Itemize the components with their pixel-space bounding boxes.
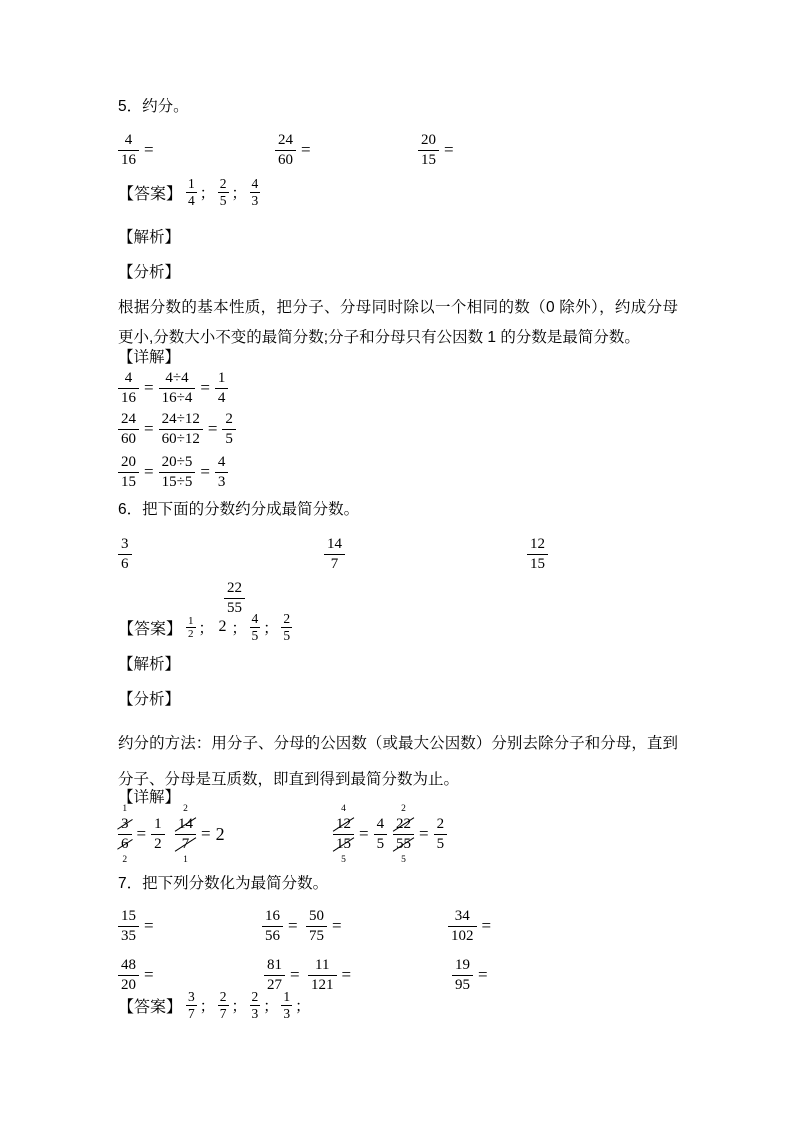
equals-sign: =	[359, 824, 369, 844]
fraction: 2255	[393, 815, 414, 854]
problem-item: 2015 =	[418, 126, 459, 174]
separator: ；	[295, 995, 310, 1016]
question-5-title: 5．约分。	[118, 96, 189, 118]
equals-sign: =	[200, 462, 210, 482]
solution-step: 2015 = 20÷515÷5 = 43	[118, 451, 228, 493]
equals-sign: =	[444, 140, 454, 160]
separator: ；	[200, 995, 215, 1016]
cancel-equation: 2 147 1 = 2	[175, 806, 225, 862]
answer-fraction: 23	[250, 989, 261, 1022]
answer-fraction: 45	[250, 611, 261, 644]
worksheet-page: 5．约分。 416 = 2460 = 2015 = 【答案】 14 ； 25 ；…	[0, 0, 793, 1122]
question-7-answer: 【答案】 37 ； 27 ； 23 ； 13 ；	[118, 983, 313, 1027]
result-fraction: 25	[434, 815, 448, 854]
solution-step: 416 = 4÷416÷4 = 14	[118, 367, 228, 409]
equals-sign: =	[332, 916, 342, 936]
answer-fraction: 12	[186, 615, 196, 640]
equals-sign: =	[144, 462, 154, 482]
question-7-problems-row1: 1535 = 1656 = 5075 = 34102 =	[0, 903, 793, 949]
separator: ；	[199, 617, 214, 638]
cancel-sub-digit: 5	[401, 855, 406, 865]
fraction: 20÷515÷5	[159, 453, 196, 492]
equals-sign: =	[201, 824, 211, 844]
fraction: 34102	[448, 907, 477, 946]
fraction: 416	[118, 369, 139, 408]
problem-item: 11121 =	[308, 952, 356, 998]
fraction: 416	[118, 131, 139, 170]
cancel-sup-digit: 1	[122, 804, 127, 814]
fraction: 14	[215, 369, 229, 408]
fraction: 5075	[306, 907, 327, 946]
fraction: 24÷1260÷12	[159, 410, 203, 449]
cancelled-fraction: 2 147 1	[175, 804, 196, 865]
question-5-problems: 416 = 2460 = 2015 =	[0, 126, 793, 174]
equals-sign: =	[290, 965, 300, 985]
cancel-equation: 2 2255 5 = 25	[393, 806, 447, 862]
fenxi-label: 【分析】	[118, 689, 180, 711]
cancel-sup-digit: 2	[401, 804, 406, 814]
answer-label: 【答案】	[118, 616, 182, 639]
cancel-sup-digit: 2	[183, 804, 188, 814]
separator: ；	[232, 995, 247, 1016]
answer-fraction: 43	[250, 176, 261, 209]
separator: ；	[232, 617, 247, 638]
equals-sign: =	[208, 419, 218, 439]
problem-item: 1656 =	[262, 903, 303, 949]
fraction: 1656	[262, 907, 283, 946]
result-integer: 2	[216, 824, 225, 845]
jiexi-label: 【解析】	[118, 227, 180, 249]
separator: ；	[263, 995, 278, 1016]
result-fraction: 12	[151, 815, 165, 854]
separator: ；	[263, 617, 278, 638]
cancel-equation: 1 36 2 = 12	[118, 806, 165, 862]
problem-item: 147	[324, 532, 345, 576]
equals-sign: =	[301, 140, 311, 160]
equals-sign: =	[482, 916, 492, 936]
answer-label: 【答案】	[118, 181, 182, 204]
xiangjie-label: 【详解】	[118, 347, 180, 369]
equals-sign: =	[288, 916, 298, 936]
separator: ；	[200, 182, 215, 203]
fraction: 147	[324, 535, 345, 574]
fraction: 2460	[118, 410, 139, 449]
equals-sign: =	[144, 140, 154, 160]
analysis-text: 约分的方法：用分子、分母的公因数（或最大公因数）分别去除分子和分母，直到分子、分…	[118, 726, 678, 798]
question-6-solution-row: 1 36 2 = 12 2 147 1 = 2 4 1215 5 = 45	[0, 806, 793, 862]
answer-fraction: 25	[218, 176, 229, 209]
question-6-answer: 【答案】 12 ； 2 ； 45 ； 25	[118, 605, 292, 649]
fraction: 2015	[118, 453, 139, 492]
fraction: 4÷416÷4	[159, 369, 196, 408]
cancel-sub-digit: 5	[341, 855, 346, 865]
problem-item: 1535 =	[118, 903, 159, 949]
problem-item: 1995 =	[452, 952, 493, 998]
cancel-sup-digit: 4	[341, 804, 346, 814]
fraction: 43	[215, 453, 229, 492]
equals-sign: =	[137, 824, 147, 844]
question-6-title: 6．把下面的分数约分成最简分数。	[118, 499, 359, 521]
fraction: 1535	[118, 907, 139, 946]
cancelled-fraction: 4 1215 5	[333, 804, 354, 865]
cancel-sub-digit: 2	[122, 855, 127, 865]
equals-sign: =	[478, 965, 488, 985]
question-5-answer: 【答案】 14 ； 25 ； 43	[118, 170, 260, 214]
separator: ；	[232, 182, 247, 203]
cancelled-fraction: 2 2255 5	[393, 804, 414, 865]
problem-item: 2460 =	[275, 126, 316, 174]
answer-fraction: 14	[186, 176, 197, 209]
equals-sign: =	[144, 378, 154, 398]
fraction: 25	[222, 410, 236, 449]
fraction: 36	[118, 535, 132, 574]
jiexi-label: 【解析】	[118, 654, 180, 676]
solution-step: 2460 = 24÷1260÷12 = 25	[118, 408, 236, 450]
equals-sign: =	[419, 824, 429, 844]
fraction: 2460	[275, 131, 296, 170]
cancel-sub-digit: 1	[183, 855, 188, 865]
cancel-equation: 4 1215 5 = 45	[333, 806, 387, 862]
problem-item: 5075 =	[306, 903, 347, 949]
answer-fraction: 25	[281, 611, 292, 644]
equals-sign: =	[342, 965, 352, 985]
result-fraction: 45	[374, 815, 388, 854]
answer-fraction: 37	[186, 989, 197, 1022]
question-7-title: 7．把下列分数化为最简分数。	[118, 873, 328, 895]
analysis-text: 根据分数的基本性质，把分子、分母同时除以一个相同的数（0 除外），约成分母更小,…	[118, 293, 678, 353]
fraction: 2015	[418, 131, 439, 170]
fraction: 147	[175, 815, 196, 854]
equals-sign: =	[144, 419, 154, 439]
answer-integer: 2	[219, 618, 227, 636]
answer-fraction: 27	[218, 989, 229, 1022]
answer-fraction: 13	[281, 989, 292, 1022]
fraction: 1215	[527, 535, 548, 574]
problem-item: 34102 =	[448, 903, 496, 949]
fraction: 1995	[452, 956, 473, 995]
fraction: 36	[118, 815, 132, 854]
question-6-problems-row1: 36 147 1215	[0, 532, 793, 576]
answer-label: 【答案】	[118, 994, 182, 1017]
fenxi-label: 【分析】	[118, 262, 180, 284]
problem-item: 416 =	[118, 126, 159, 174]
equals-sign: =	[144, 965, 154, 985]
equals-sign: =	[200, 378, 210, 398]
problem-item: 1215	[527, 532, 548, 576]
equals-sign: =	[144, 916, 154, 936]
problem-item: 36	[118, 532, 132, 576]
cancelled-fraction: 1 36 2	[118, 804, 132, 865]
fraction: 1215	[333, 815, 354, 854]
